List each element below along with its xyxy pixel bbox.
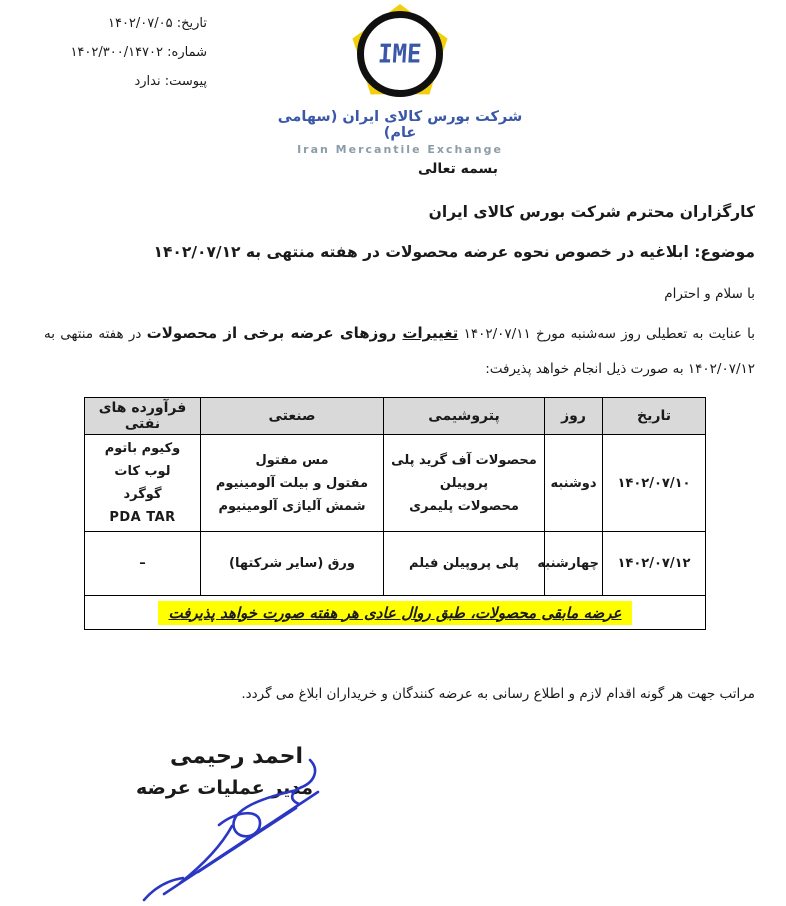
meta-number-value: ۱۴۰۲/۳۰۰/۱۴۷۰۲ bbox=[70, 45, 163, 60]
col-header-date: تاریخ bbox=[603, 398, 706, 435]
ring-icon: IME bbox=[357, 11, 443, 97]
body-text: در هفته منتهی به bbox=[44, 326, 147, 342]
body-text: با عنایت به تعطیلی روز سه‌شنبه مورخ ۱۴۰۲… bbox=[458, 326, 755, 342]
meta-date-label: تاریخ: bbox=[177, 16, 207, 31]
cell-day: دوشنبه bbox=[545, 435, 603, 532]
meta-attachment: پیوست: ندارد bbox=[17, 74, 207, 89]
handwritten-signature bbox=[136, 752, 346, 904]
col-header-petrochemical: پتروشیمی bbox=[384, 398, 545, 435]
logo-name-fa: شرکت بورس کالای ایران (سهامی عام) bbox=[270, 109, 530, 141]
meta-attachment-label: پیوست: bbox=[165, 74, 207, 89]
meta-date-value: ۱۴۰۲/۰۷/۰۵ bbox=[108, 16, 173, 31]
cell-line: مس مفتول bbox=[204, 449, 380, 472]
cell-day: چهارشنبه bbox=[545, 532, 603, 596]
note-cell: عرضه مابقی محصولات، طبق روال عادی هر هفت… bbox=[85, 596, 706, 630]
supply-schedule-table: تاریخ روز پتروشیمی صنعتی فرآورده های نفت… bbox=[84, 397, 706, 630]
cell-line: لوب کات bbox=[88, 460, 197, 483]
cell-oil-products: وکیوم باتوم لوب کات گوگرد PDA TAR bbox=[85, 435, 201, 532]
body-line-2: ۱۴۰۲/۰۷/۱۲ به صورت ذیل انجام خواهد پذیرف… bbox=[44, 352, 755, 387]
meta-date: تاریخ: ۱۴۰۲/۰۷/۰۵ bbox=[17, 16, 207, 31]
cell-oil-products: – bbox=[85, 532, 201, 596]
cell-industrial: ورق (سایر شرکتها) bbox=[201, 532, 384, 596]
ime-logo: IME شرکت بورس کالای ایران (سهامی عام) Ir… bbox=[270, 4, 530, 156]
meta-number-label: شماره: bbox=[167, 45, 207, 60]
body-line-1: با عنایت به تعطیلی روز سه‌شنبه مورخ ۱۴۰۲… bbox=[44, 316, 755, 352]
cell-date: ۱۴۰۲/۰۷/۱۲ bbox=[603, 532, 706, 596]
closing-line: مراتب جهت هر گونه اقدام لازم و اطلاع رسا… bbox=[241, 686, 755, 702]
ime-logo-badge: IME bbox=[348, 4, 452, 104]
subject-line: موضوع: ابلاغیه در خصوص نحوه عرضه محصولات… bbox=[153, 243, 755, 261]
table-note-row: عرضه مابقی محصولات، طبق روال عادی هر هفت… bbox=[85, 596, 706, 630]
letter-page: تاریخ: ۱۴۰۲/۰۷/۰۵ شماره: ۱۴۰۲/۳۰۰/۱۴۷۰۲ … bbox=[0, 0, 786, 906]
cell-industrial: مس مفتول مفتول و بیلت آلومینیوم شمش آلیا… bbox=[201, 435, 384, 532]
cell-line: PDA TAR bbox=[88, 506, 197, 529]
ime-monogram: IME bbox=[377, 39, 422, 69]
cell-petrochemical: محصولات آف گرید پلی پروپیلن محصولات پلیم… bbox=[384, 435, 545, 532]
meta-number: شماره: ۱۴۰۲/۳۰۰/۱۴۷۰۲ bbox=[17, 45, 207, 60]
table-header-row: تاریخ روز پتروشیمی صنعتی فرآورده های نفت… bbox=[85, 398, 706, 435]
recipient-line: کارگزاران محترم شرکت بورس کالای ایران bbox=[429, 203, 755, 221]
col-header-oil-products: فرآورده های نفتی bbox=[85, 398, 201, 435]
cell-line: وکیوم باتوم bbox=[88, 437, 197, 460]
meta-attachment-value: ندارد bbox=[134, 74, 160, 89]
logo-name-en: Iran Mercantile Exchange bbox=[270, 143, 530, 156]
salutation-line: با سلام و احترام bbox=[664, 286, 755, 302]
cell-line: محصولات پلیمری bbox=[387, 495, 541, 518]
col-header-day: روز bbox=[545, 398, 603, 435]
table-row: ۱۴۰۲/۰۷/۱۲ چهارشنبه پلی پروپیلن فیلم ورق… bbox=[85, 532, 706, 596]
highlighted-note: عرضه مابقی محصولات، طبق روال عادی هر هفت… bbox=[158, 601, 631, 625]
cell-line: مفتول و بیلت آلومینیوم bbox=[204, 472, 380, 495]
body-text-bold-underline: تغییرات bbox=[402, 324, 458, 342]
cell-line: محصولات آف گرید پلی پروپیلن bbox=[387, 449, 541, 495]
letter-meta: تاریخ: ۱۴۰۲/۰۷/۰۵ شماره: ۱۴۰۲/۳۰۰/۱۴۷۰۲ … bbox=[17, 16, 207, 103]
body-text-bold: روزهای عرضه برخی از محصولات bbox=[147, 324, 403, 342]
cell-date: ۱۴۰۲/۰۷/۱۰ bbox=[603, 435, 706, 532]
cell-line: شمش آلیاژی آلومینیوم bbox=[204, 495, 380, 518]
body-paragraph: با عنایت به تعطیلی روز سه‌شنبه مورخ ۱۴۰۲… bbox=[44, 316, 755, 387]
table-row: ۱۴۰۲/۰۷/۱۰ دوشنبه محصولات آف گرید پلی پر… bbox=[85, 435, 706, 532]
besmeh-line: بسمه تعالی bbox=[65, 161, 786, 177]
col-header-industrial: صنعتی bbox=[201, 398, 384, 435]
cell-petrochemical: پلی پروپیلن فیلم bbox=[384, 532, 545, 596]
cell-line: گوگرد bbox=[88, 483, 197, 506]
